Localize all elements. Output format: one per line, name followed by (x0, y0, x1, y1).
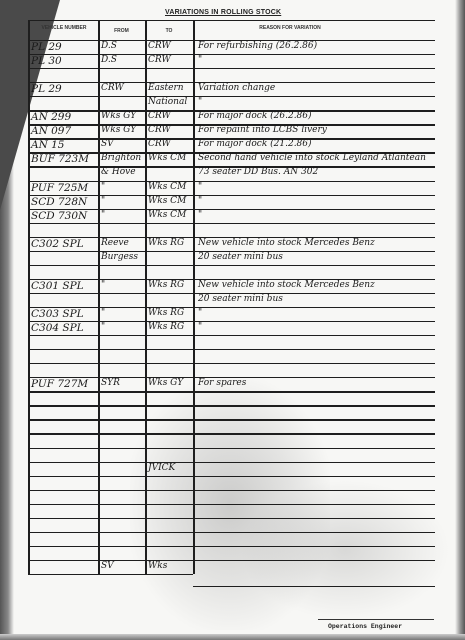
grid-row-line (28, 209, 435, 210)
grid-row-line (28, 181, 435, 182)
vehicle-number-cell: PL 29 (31, 41, 62, 53)
grid-row-line (28, 391, 435, 392)
reason-cell: For refurbishing (26.2.86) (198, 41, 317, 51)
to-cell: Wks RG (148, 308, 184, 318)
from-cell: Wks GY (101, 111, 136, 121)
vehicle-number-cell: SCD 730N (31, 210, 87, 222)
vehicle-number-cell: BUF 723M (31, 153, 89, 165)
form-title: VARIATIONS IN ROLLING STOCK (165, 9, 281, 16)
reason-cell: For major dock (21.2.86) (198, 139, 312, 149)
to-cell: CRW (148, 41, 171, 51)
reason-cell: " (198, 182, 202, 192)
reason-cell: New vehicle into stock Mercedes Benz (198, 238, 375, 248)
to-cell: Eastern (148, 83, 184, 93)
to-cell: CRW (148, 125, 171, 135)
grid-row-line (28, 54, 435, 55)
grid-row-line (28, 265, 435, 266)
reason-cell: Second hand vehicle into stock Leyland A… (198, 153, 426, 163)
signature-label: Operations Engineer (328, 623, 402, 630)
from-cell: Brighton (101, 153, 141, 163)
from-cell: Burgess (101, 252, 138, 262)
reason-cell: For spares (198, 378, 246, 388)
grid-row-line (28, 518, 435, 519)
reason-cell: " (198, 97, 202, 107)
from-cell: & Hove (101, 167, 136, 177)
grid-row-line (193, 586, 435, 587)
to-cell: Wks CM (148, 196, 186, 206)
column-header-vehicle: VEHICLE NUMBER (30, 25, 98, 31)
to-cell: Wks CM (148, 153, 186, 163)
grid-column-divider (145, 20, 147, 574)
reason-cell: " (198, 55, 202, 65)
vehicle-number-cell: C301 SPL (31, 280, 84, 292)
to-cell: Wks RG (148, 238, 184, 248)
grid-top-border (28, 20, 435, 21)
column-header-reason: REASON FOR VARIATION (230, 25, 350, 31)
from-cell: D.S (101, 41, 117, 51)
reason-cell: Variation change (198, 83, 275, 93)
vehicle-number-cell: PL 29 (31, 83, 62, 95)
to-cell: Wks RG (148, 280, 184, 290)
reason-cell: New vehicle into stock Mercedes Benz (198, 280, 375, 290)
grid-row-line (28, 335, 435, 336)
to-cell: Wks RG (148, 322, 184, 332)
column-header-to: TO (145, 28, 193, 34)
grid-left-border (28, 20, 30, 574)
from-cell: SV (101, 139, 114, 149)
grid-row-line (28, 195, 435, 196)
grid-row-line (28, 96, 435, 97)
to-cell: CRW (148, 55, 171, 65)
grid-row-line (28, 349, 435, 350)
reason-cell: For repaint into LCBS livery (198, 125, 327, 135)
to-cell: CRW (148, 139, 171, 149)
from-cell: SYR (101, 378, 120, 388)
vehicle-number-cell: AN 299 (31, 111, 71, 123)
from-cell: SV (101, 561, 114, 571)
grid-row-line (28, 223, 435, 224)
to-cell: Wks CM (148, 182, 186, 192)
vehicle-number-cell: PUF 725M (31, 182, 88, 194)
vehicle-number-cell: PL 30 (31, 55, 62, 67)
grid-row-line (28, 419, 435, 420)
grid-row-line (28, 68, 435, 69)
grid-row-line (28, 405, 435, 406)
to-cell: National (148, 97, 187, 107)
grid-row-line (28, 433, 435, 434)
grid-row-line (28, 448, 435, 449)
grid-row-line (28, 321, 435, 322)
scan-right-shadow (455, 0, 465, 640)
reason-cell: 73 seater DD Bus. AN 302 (198, 167, 318, 177)
to-cell: Wks CM (148, 210, 186, 220)
from-cell: " (101, 308, 105, 318)
vehicle-number-cell: C304 SPL (31, 322, 84, 334)
grid-column-divider (98, 20, 100, 574)
grid-row-line (28, 462, 435, 463)
vehicle-number-cell: C302 SPL (31, 238, 84, 250)
from-cell: CRW (101, 83, 124, 93)
reason-cell: 20 seater mini bus (198, 252, 283, 262)
reason-cell: " (198, 210, 202, 220)
reason-cell: " (198, 308, 202, 318)
reason-cell: 20 seater mini bus (198, 294, 283, 304)
from-cell: " (101, 280, 105, 290)
from-cell: D.S (101, 55, 117, 65)
to-cell: Wks (148, 561, 167, 571)
from-cell: " (101, 182, 105, 192)
grid-column-divider (193, 20, 195, 574)
scan-smudge-2 (240, 480, 450, 620)
vehicle-number-cell: SCD 728N (31, 196, 87, 208)
grid-row-line (28, 560, 435, 561)
signature-line (318, 619, 434, 620)
grid-row-line (28, 546, 435, 547)
column-header-from: FROM (98, 28, 145, 34)
grid-row-line (28, 490, 435, 491)
from-cell: " (101, 210, 105, 220)
grid-row-line (28, 504, 435, 505)
from-cell: " (101, 196, 105, 206)
from-cell: Wks GY (101, 125, 136, 135)
vehicle-number-cell: AN 15 (31, 139, 64, 151)
vehicle-number-cell: C303 SPL (31, 308, 84, 320)
scanned-page: VARIATIONS IN ROLLING STOCK VEHICLE NUMB… (0, 0, 465, 640)
reason-cell: " (198, 196, 202, 206)
scan-folded-corner (0, 0, 60, 210)
grid-row-line (28, 307, 435, 308)
scan-bottom-edge (0, 634, 465, 640)
to-cell: CRW (148, 111, 171, 121)
vehicle-number-cell: PUF 727M (31, 378, 88, 390)
reason-cell: " (198, 322, 202, 332)
to-cell: Wks GY (148, 378, 183, 388)
grid-row-line (28, 476, 435, 477)
grid-row-line (28, 574, 193, 575)
vehicle-number-cell: AN 097 (31, 125, 71, 137)
grid-row-line (28, 363, 435, 364)
grid-row-line (28, 532, 435, 533)
reason-cell: For major dock (26.2.86) (198, 111, 312, 121)
to-cell: JVICK (148, 463, 175, 473)
from-cell: " (101, 322, 105, 332)
from-cell: Reeve (101, 238, 129, 248)
